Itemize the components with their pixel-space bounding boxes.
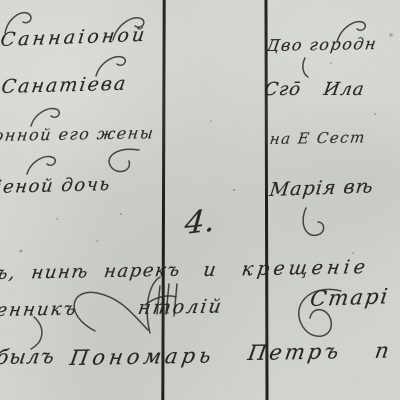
- flourish-stroke: [27, 156, 55, 174]
- flourish-stroke: [31, 108, 59, 126]
- flourish-stroke: [303, 208, 323, 235]
- table-rule-vertical-left: [161, 0, 165, 400]
- bottom-line-3-word-1: былъ: [0, 344, 57, 369]
- entry-right-line-1: Дво городн: [265, 34, 378, 55]
- entry-right-line-2: Сгō Ила: [263, 79, 367, 100]
- ink-specks: [0, 0, 2, 2]
- bottom-line-2-left: енникъ: [0, 299, 79, 321]
- bottom-line-1-right: и крещеніе: [202, 256, 371, 281]
- bottom-line-1-left: ъ, нинѣ нарекъ: [0, 260, 182, 284]
- bottom-line-2-middle: нтолій: [137, 296, 225, 319]
- bottom-line-2-right: Старі: [309, 284, 391, 311]
- flourish-stroke: [303, 58, 308, 77]
- entry-left-line-3: онной его жены: [0, 123, 156, 145]
- entry-left-line-4: іеной дочь: [0, 174, 112, 198]
- entry-right-line-4: Марія вѣ: [268, 175, 375, 201]
- flourish-stroke: [109, 149, 139, 171]
- record-number: 4.: [183, 203, 216, 242]
- entry-right-line-3: на Е Сест: [269, 128, 367, 148]
- entry-left-line-2: Санатіева: [0, 73, 129, 98]
- bottom-line-3-word-2: Пономарь: [68, 343, 216, 370]
- paper-background: Саннаіоной Санатіева онной его жены іено…: [0, 0, 400, 400]
- bottom-line-3-word-3: Петръ п: [246, 338, 394, 364]
- entry-left-line-1: Саннаіоной: [0, 24, 149, 51]
